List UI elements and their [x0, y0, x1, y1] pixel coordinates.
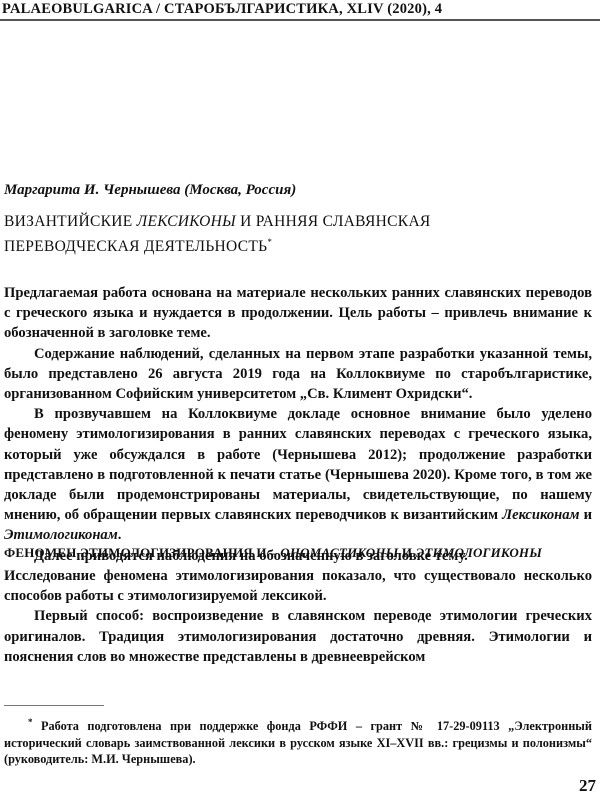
- footnote: * Работа подготовлена при поддержке фонд…: [4, 714, 592, 768]
- title-italic: ЛЕКСИКОНЫ: [137, 213, 236, 230]
- italic-term: Этимологиконам: [4, 527, 118, 543]
- title-text: И РАННЯЯ СЛАВЯНСКАЯ: [236, 213, 431, 230]
- main-body: Предлагаемая работа основана на материал…: [4, 283, 592, 566]
- paragraph: Исследование феномена этимологизирования…: [4, 566, 592, 606]
- article-title: ВИЗАНТИЙСКИЕ ЛЕКСИКОНЫ И РАННЯЯ СЛАВЯНСК…: [4, 212, 431, 257]
- heading-text: И: [398, 545, 415, 560]
- paragraph: В прозвучавшем на Коллоквиуме докладе ос…: [4, 404, 592, 545]
- paragraph-text: В прозвучавшем на Коллоквиуме докладе ос…: [4, 406, 592, 523]
- paragraph-text: .: [118, 527, 122, 543]
- heading-italic: ОНОМАСТИКОНЫ: [280, 545, 398, 560]
- heading-italic: ЭТИМОЛОГИКОНЫ: [416, 545, 542, 560]
- italic-term: Лексиконам: [502, 507, 579, 523]
- paragraph: Предлагаемая работа основана на материал…: [4, 283, 592, 344]
- header-rule: [0, 19, 600, 21]
- title-text: ПЕРЕВОДЧЕСКАЯ ДЕЯТЕЛЬНОСТЬ: [4, 238, 267, 255]
- section-body: Исследование феномена этимологизирования…: [4, 566, 592, 667]
- page-number: 27: [579, 776, 596, 796]
- footnote-text: Работа подготовлена при поддержке фонда …: [4, 719, 592, 766]
- paragraph-text: и: [580, 507, 592, 523]
- title-footnote-mark: *: [267, 237, 272, 247]
- author-line: Маргарита И. Чернышева (Москва, Россия): [4, 182, 296, 199]
- paragraph: Содержание наблюдений, сделанных на перв…: [4, 344, 592, 405]
- running-header: PALAEOBULGARICA / СТАРОБЪЛГАРИСТИКА, XLI…: [2, 1, 442, 18]
- section-heading: ФЕНОМЕН ЭТИМОЛОГИЗИРОВАНИЯ И – ОНОМАСТИК…: [4, 545, 542, 561]
- footnote-rule: [4, 705, 104, 706]
- heading-text: ФЕНОМЕН ЭТИМОЛОГИЗИРОВАНИЯ И –: [4, 545, 280, 560]
- paragraph: Первый способ: воспроизведение в славянс…: [4, 606, 592, 667]
- title-text: ВИЗАНТИЙСКИЕ: [4, 213, 137, 230]
